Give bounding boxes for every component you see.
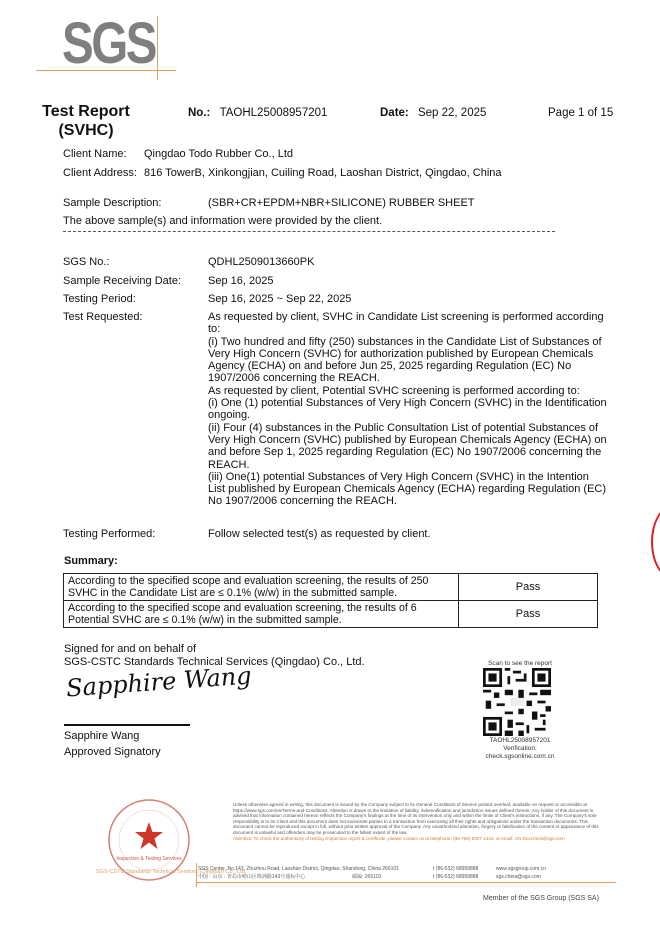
sgs-logo: SGS (62, 14, 155, 74)
qr-caption: Scan to see the report (460, 660, 580, 668)
testing-period-label: Testing Period: (63, 293, 136, 306)
summary-result: Pass (459, 601, 598, 628)
testing-performed-value: Follow selected test(s) as requested by … (208, 528, 431, 541)
signed-on-behalf: Signed for and on behalf of (64, 643, 196, 656)
signatory-name: Sapphire Wang (64, 730, 139, 743)
verification-label: Verification: (460, 745, 580, 753)
footer-phone-2: t (86-532) 68999888 (433, 874, 478, 881)
requested-line: As requested by client, Potential SVHC s… (208, 385, 608, 397)
testing-performed-label: Testing Performed: (63, 528, 155, 541)
receiving-date-label: Sample Receiving Date: (63, 275, 181, 288)
qr-code-icon[interactable] (481, 668, 553, 736)
summary-result: Pass (459, 574, 598, 601)
qr-report-code: TAOHL25008957201 (460, 737, 580, 745)
summary-title: Summary: (64, 555, 118, 567)
client-address-label: Client Address: (63, 167, 137, 180)
report-title-line1: Test Report (36, 102, 136, 121)
report-date-value: Sep 22, 2025 (418, 107, 486, 119)
signatory-role: Approved Signatory (64, 746, 161, 759)
disclaimer-text: Unless otherwise agreed in writing, this… (233, 802, 599, 835)
footer-email[interactable]: sgs.china@sgs.com (496, 874, 541, 881)
footer-postcode-cn: 邮编: 266101 (352, 874, 381, 881)
requested-line: As requested by client, SVHC in Candidat… (208, 311, 608, 336)
testing-period-value: Sep 16, 2025 ~ Sep 22, 2025 (208, 293, 351, 306)
report-title-line2: (SVHC) (36, 121, 136, 140)
summary-text: According to the specified scope and eva… (64, 601, 459, 628)
footer-divider (196, 882, 616, 883)
authenticity-notice: Attention: To check the authenticity of … (233, 836, 608, 842)
receiving-date-value: Sep 16, 2025 (208, 275, 273, 288)
provided-note: The above sample(s) and information were… (63, 215, 382, 228)
report-date-label: Date: (380, 107, 409, 119)
footer-address-cn: 中国 · 山东 · 青岛市崂山区株洲路143号通标中心 (198, 874, 305, 881)
signature-line (64, 724, 190, 726)
report-number-value: TAOHL25008957201 (220, 107, 328, 119)
page-indicator: Page 1 of 15 (548, 107, 613, 119)
requested-line: (i) Two hundred and fifty (250) substanc… (208, 336, 608, 385)
sgs-no-label: SGS No.: (63, 256, 109, 269)
disclaimer: Unless otherwise agreed in writing, this… (233, 802, 608, 841)
edge-stamp-icon (651, 505, 660, 579)
table-row: According to the specified scope and eva… (64, 601, 598, 628)
requested-line: (i) One (1) potential Substances of Very… (208, 397, 608, 422)
report-title: Test Report (SVHC) (36, 102, 136, 140)
report-number: No.: TAOHL25008957201 (188, 107, 327, 119)
table-row: According to the specified scope and eva… (64, 574, 598, 601)
client-name-label: Client Name: (63, 148, 127, 161)
verification-site[interactable]: check.sgsonline.com.cn (460, 753, 580, 761)
logo-divider-vertical (157, 16, 158, 80)
test-requested-text: As requested by client, SVHC in Candidat… (208, 311, 608, 508)
footer-divider-vertical (196, 863, 197, 887)
sgs-membership: Member of the SGS Group (SGS SA) (483, 895, 599, 902)
requested-line: (ii) Four (4) substances in the Public C… (208, 422, 608, 471)
footer-website[interactable]: www.sgsgroup.com.cn (496, 866, 546, 873)
summary-table: According to the specified scope and eva… (63, 573, 598, 628)
client-address-value: 816 TowerB, Xinkongjian, Cuiling Road, L… (144, 167, 502, 180)
footer-address-en: SGS Center, No.143, Zhuzhou Road, Laosha… (198, 866, 399, 873)
sgs-no-value: QDHL2509013660PK (208, 256, 314, 269)
sample-description-value: (SBR+CR+EPDM+NBR+SILICONE) RUBBER SHEET (208, 197, 475, 210)
summary-text: According to the specified scope and eva… (64, 574, 459, 601)
test-requested-label: Test Requested: (63, 311, 143, 324)
svg-text:Inspection & Testing Services: Inspection & Testing Services (116, 856, 182, 862)
sample-description-label: Sample Description: (63, 197, 161, 210)
logo-divider-horizontal (36, 70, 176, 71)
report-date: Date: Sep 22, 2025 (380, 107, 486, 119)
report-number-label: No.: (188, 107, 210, 119)
client-name-value: Qingdao Todo Rubber Co., Ltd (144, 148, 293, 161)
footer-phone-1: t (86-532) 68999888 (433, 866, 478, 873)
requested-line: (iii) One(1) potential Substances of Ver… (208, 471, 608, 508)
dashed-separator (63, 231, 555, 232)
